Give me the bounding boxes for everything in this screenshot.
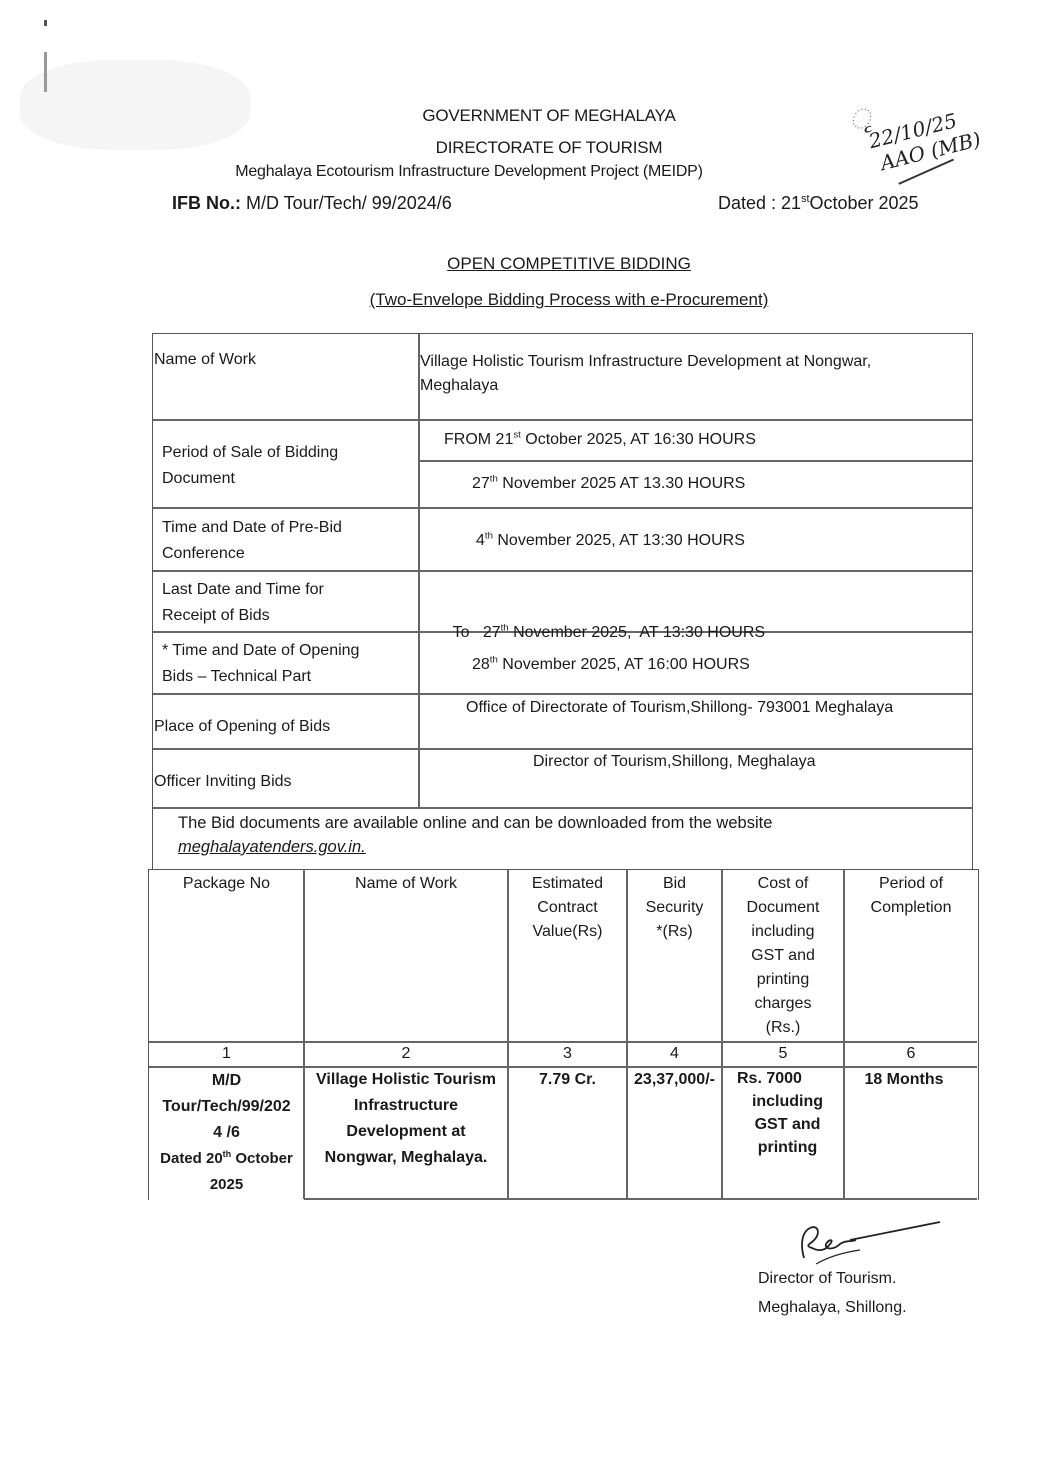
ifb-value: M/D Tour/Tech/ 99/2024/6 [241,193,452,213]
divider [304,1198,977,1200]
scan-mark [44,52,47,92]
receipt-value: To 27th November 2025, AT 13:30 HOURS [444,594,765,646]
opening-label: * Time and Date of Opening Bids – Techni… [162,638,412,690]
column-number: 1 [150,1042,303,1066]
signatory-title: Director of Tourism. [758,1270,896,1288]
header-estimated-value: Estimated Contract Value(Rs) [509,872,626,944]
name-of-work-label: Name of Work [154,347,256,373]
receipt-label: Last Date and Time for Receipt of Bids [162,577,412,629]
tender-website-link[interactable]: meghalayatenders.gov.in. [178,836,366,858]
header-bid-security: Bid Security *(Rs) [628,872,721,944]
divider [153,570,972,572]
opening-value: 28th November 2025, AT 16:00 HOURS [472,652,750,678]
bid-security-cell: 23,37,000/- [628,1067,721,1093]
prebid-label: Time and Date of Pre-Bid Conference [162,515,412,567]
ifb-number: IFB No.: M/D Tour/Tech/ 99/2024/6 [172,193,452,214]
header-name-of-work: Name of Work [305,872,507,896]
scan-smudge [20,60,250,150]
availability-note: The Bid documents are available online a… [178,812,772,834]
sale-period-to: 27th November 2025 AT 13.30 HOURS [472,471,745,497]
column-number: 2 [305,1042,507,1066]
signatory-location: Meghalaya, Shillong. [758,1299,907,1317]
document-date: Dated : 21stOctober 2025 [718,193,919,214]
officer-label: Officer Inviting Bids [154,769,292,795]
header-package-no: Package No [150,872,303,896]
officer-value: Director of Tourism,Shillong, Meghalaya [533,749,816,775]
handwritten-annotation: ૃ 22/10/25 AAO (MB) [840,73,1027,201]
name-of-work-value: Village Holistic Tourism Infrastructure … [420,350,965,398]
ifb-label: IFB No.: [172,193,241,213]
period-of-completion-cell: 18 Months [845,1067,963,1093]
divider [153,419,972,421]
divider [153,507,972,509]
project-heading: Meghalaya Ecotourism Infrastructure Deve… [0,163,998,181]
name-of-work-cell: Village Holistic Tourism Infrastructure … [305,1067,507,1171]
scan-mark [44,20,47,26]
package-number-cell: M/D Tour/Tech/99/202 4 /6 Dated 20th Oct… [150,1068,303,1198]
bidding-title: OPEN COMPETITIVE BIDDING [0,254,1058,274]
sale-period-label: Period of Sale of Bidding Document [162,440,412,492]
place-label: Place of Opening of Bids [154,714,330,740]
column-number: 5 [723,1042,843,1066]
header-cost-of-document: Cost of Document including GST and print… [723,872,843,1040]
column-number: 3 [509,1042,626,1066]
prebid-value: 4th November 2025, AT 13:30 HOURS [476,528,745,554]
bidding-subtitle: (Two-Envelope Bidding Process with e-Pro… [0,290,1058,310]
cost-of-document-cell: Rs. 7000 including GST and printing [735,1067,840,1159]
column-number: 4 [628,1042,721,1066]
estimated-value-cell: 7.79 Cr. [509,1067,626,1093]
column-number: 6 [845,1042,977,1066]
divider [419,460,972,462]
sale-period-from: FROM 21st October 2025, AT 16:30 HOURS [444,427,756,453]
signature-mark [790,1220,950,1270]
header-period-of-completion: Period of Completion [845,872,977,920]
divider [153,807,972,809]
place-value: Office of Directorate of Tourism,Shillon… [466,695,893,721]
